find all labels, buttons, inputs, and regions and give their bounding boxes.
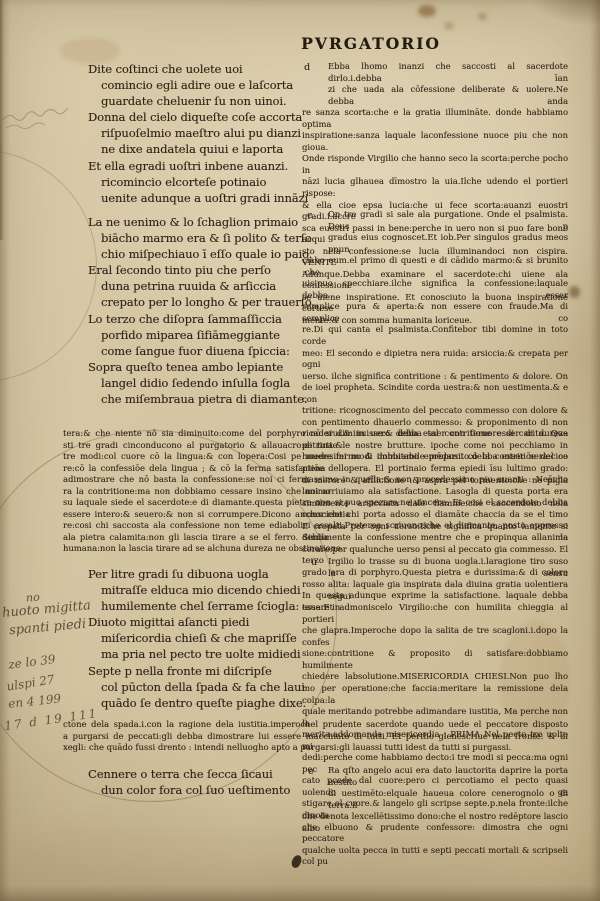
text-line: re.Di qui canta el psalmista.Confitebor … [302, 324, 568, 347]
text-line: alita: laquale gia inspirata dala diuina… [302, 579, 568, 602]
text-line: ra la contritione:ma non dobbiamo cessar… [63, 486, 568, 498]
text-line: col pūcton della ſpada & fa che laui [88, 679, 306, 695]
text-line: Ra qſto angelo acui era dato lauctorita … [302, 765, 568, 788]
stain [444, 22, 454, 30]
text-line: Diuoto migittai aſancti piedi [88, 614, 306, 630]
text-line: comincio egli adire oue e laſcorta [88, 77, 308, 93]
guide-letter-c: c [307, 210, 312, 222]
text-line: re sanza scorta:che e la gratia illuminā… [302, 107, 568, 130]
text-line: La ne uenimo & lo ſchaglion primaio [88, 214, 315, 230]
text-line: essere intero:& seuero:& non si corrumpe… [63, 509, 568, 521]
stain [418, 5, 436, 17]
text-line: mo per operatione:che faccia:meritare la… [302, 683, 568, 706]
text-line: tritione: ricognoscimento del peccato co… [302, 405, 568, 417]
text-line: ala pietra calamita:non gli lascia tirar… [63, 532, 568, 544]
guide-letter-d: d [304, 62, 310, 74]
text-line: biācho marmo era & ſi polito & terſo [88, 230, 315, 246]
text-line: guardate cheluenir ſu non uinoi. [88, 93, 308, 109]
text-line: Sopra queſto tenea ambo lepiante [88, 359, 315, 375]
text-line: quādo ſe dentro queſte piaghe dixe. [88, 695, 306, 711]
page-scan: PVRGATORIO Dite coſtinci che uolete uoic… [0, 0, 600, 901]
text-line: de ioel propheta. Scindite corda uestra:… [302, 382, 568, 405]
text-line: chiedere labsolutione.MISERICORDIA CHIES… [302, 671, 568, 683]
commentary-fullwidth-bottom: ctone dela spada.i.con la ragione dela i… [63, 719, 568, 754]
text-line: su laquale siede el sacerdote:e di diama… [63, 497, 568, 509]
text-line: miſericordia chieſi & che mapriſſe [88, 630, 306, 646]
text-line: Cennere o terra che ſecca ſicaui [88, 766, 290, 782]
stain [478, 13, 487, 20]
paragraph-lines: tera:& che niente nō sia diminuito:come … [63, 428, 568, 555]
text-line: Irgilio lo trasse su di buona uogla.i.la… [302, 556, 568, 579]
marginalia-numbers: ze lo 39ulspi 27en 4 19917 d 19 111 [8, 652, 103, 732]
text-line: qualche uolta pecca in tutti e septi pec… [302, 845, 568, 868]
running-head: PVRGATORIO [296, 34, 446, 53]
text-line: On tre gradi si sale ala purgatione. Ond… [302, 209, 568, 232]
text-line: Ebba lhomo inanzi che saccosti al sacerd… [302, 61, 568, 84]
text-line: langel didio ſedendo inſulla ſogla [88, 375, 315, 391]
commentary-paragraph-e: e Ra qſto angelo acui era dato lauctorit… [302, 765, 568, 834]
text-line: con pentimento dhauerlo commesso: & prop… [302, 417, 568, 429]
verse-tercets-3: Per litre gradi ſu dibuona uoglamitraſſe… [88, 566, 306, 711]
guide-letter-e: e [308, 766, 314, 778]
text-line: tre modi:col cuore cō la lingua:& con lo… [63, 451, 568, 463]
text-line: a purgarsi de peccati:gli debba dimostra… [63, 731, 568, 743]
stain [569, 286, 580, 298]
text-line: gradus eius cognoscet.Et iob.Per singulo… [302, 232, 568, 255]
text-line: dun color fora col ſuo ueſtimento [88, 782, 290, 798]
text-line: crepato per lo longho & per trauerſo. [88, 294, 315, 310]
text-line: che denota lexcellētissimo dono:che el n… [302, 811, 568, 834]
text-line: uenite adunque a uoſtri gradi innāzi [88, 190, 308, 206]
right-edge-shadow [590, 0, 600, 901]
text-line: duna petrina ruuida & arſiccia [88, 278, 315, 294]
faint-scribble [0, 98, 78, 138]
text-line: ne dixe andatela quiui e laporta [88, 141, 308, 157]
text-line: xegli: che quādo fussi drento : intendi … [63, 742, 568, 754]
text-line: Septe p nella fronte mi diſcripſe [88, 663, 306, 679]
text-line: riſpuoſelmio maeſtro alui pu dianzi [88, 125, 308, 141]
commentary-fullwidth: tera:& che niente nō sia diminuito:come … [63, 428, 568, 555]
bottom-edge-shadow [0, 885, 600, 901]
text-line: taua.Et admoniscelo Virgilio:che con hum… [302, 602, 568, 625]
text-line: uisipuo specchiare.ilche significa la co… [302, 278, 568, 301]
top-right-corner-shadow [530, 0, 600, 26]
text-line: porfido miparea ſifiāmeggiante [88, 327, 315, 343]
text-line: Dite coſtinci che uolete uoi [88, 61, 308, 77]
text-line: ctone dela spada.i.con la ragione dela i… [63, 719, 568, 731]
text-line: tera:& che niente nō sia diminuito:come … [63, 428, 568, 440]
text-line: semplice pura & aperta:& non essere con … [302, 301, 568, 324]
ink-blot [291, 854, 303, 869]
paragraph-lines: Ra qſto angelo acui era dato lauctorita … [302, 765, 568, 834]
text-line: Onde risponde Virgilio che hanno seco la… [302, 153, 568, 176]
text-line: zi che uada ala cōfessione deliberate & … [302, 84, 568, 107]
text-line: uerso. ilche significa contritione : & p… [302, 371, 568, 383]
text-line: Et ella egradi uoſtri inbene auanzi. [88, 158, 308, 174]
text-line: Donna del cielo diqueſte coſe accorta [88, 109, 308, 125]
text-line: sione:contritione & proposito di satisfa… [302, 648, 568, 671]
verse-tercets-1: Dite coſtinci che uolete uoicomincio egl… [88, 61, 308, 206]
text-line: adimostrare che nō basta la confessione:… [63, 474, 568, 486]
text-line: che glapra.Imperoche dopo la salita de t… [302, 625, 568, 648]
text-line: humana:non la lascia tirare ad se alchun… [63, 543, 568, 555]
text-line: humilemente chel ſerrame ſciogla: [88, 598, 306, 614]
text-line: ricomincio elcorteſe potinaio [88, 174, 308, 190]
text-line: di uestimēto:elquale haueua colore cener… [302, 788, 568, 811]
verse-tercets-2: La ne uenimo & lo ſchaglion primaiobiāch… [88, 214, 315, 407]
ring-stain [0, 150, 97, 382]
text-line: re:cō la confessiōe dela lingua ; & cō l… [63, 463, 568, 475]
text-line: meo: El secondo e dipietra nera ruida: a… [302, 348, 568, 371]
text-line: inspiratione:sanza laquale laconfessione… [302, 130, 568, 153]
text-line: nāzi lucia glhauea dīmostro la uia.Ilche… [302, 176, 568, 199]
text-line: ciabo eum.el primo di questi e di cādido… [302, 255, 568, 278]
text-line: Eral ſecondo tinto piu che perſo [88, 262, 315, 278]
text-line: come ſangue fuor diuena ſpiccia: [88, 343, 315, 359]
text-line: Per litre gradi ſu dibuona uogla [88, 566, 306, 582]
text-line: che miſembraua pietra di diamante. [88, 391, 315, 407]
verse-tercets-4: Cennere o terra che ſecca ſicauidun colo… [88, 766, 290, 798]
text-line: mitraſſe elduca mio dicendo chiedi [88, 582, 306, 598]
text-line: re:cosi chi saccosta ala confessione non… [63, 520, 568, 532]
text-line: Lo terzo che diſopra ſammaſſiccia [88, 311, 315, 327]
text-line: chio miſpechiauo ī eſſo quale io paio. [88, 246, 315, 262]
paragraph-lines: ctone dela spada.i.con la ragione dela i… [63, 719, 568, 754]
text-line: sti tre gradi cinconducono al purgatorio… [63, 440, 568, 452]
guide-letter-u: u [311, 557, 317, 569]
text-line: ma pria nel pecto tre uolte midiedi [88, 646, 306, 662]
text-line: 17 d 19 111 [4, 706, 100, 733]
